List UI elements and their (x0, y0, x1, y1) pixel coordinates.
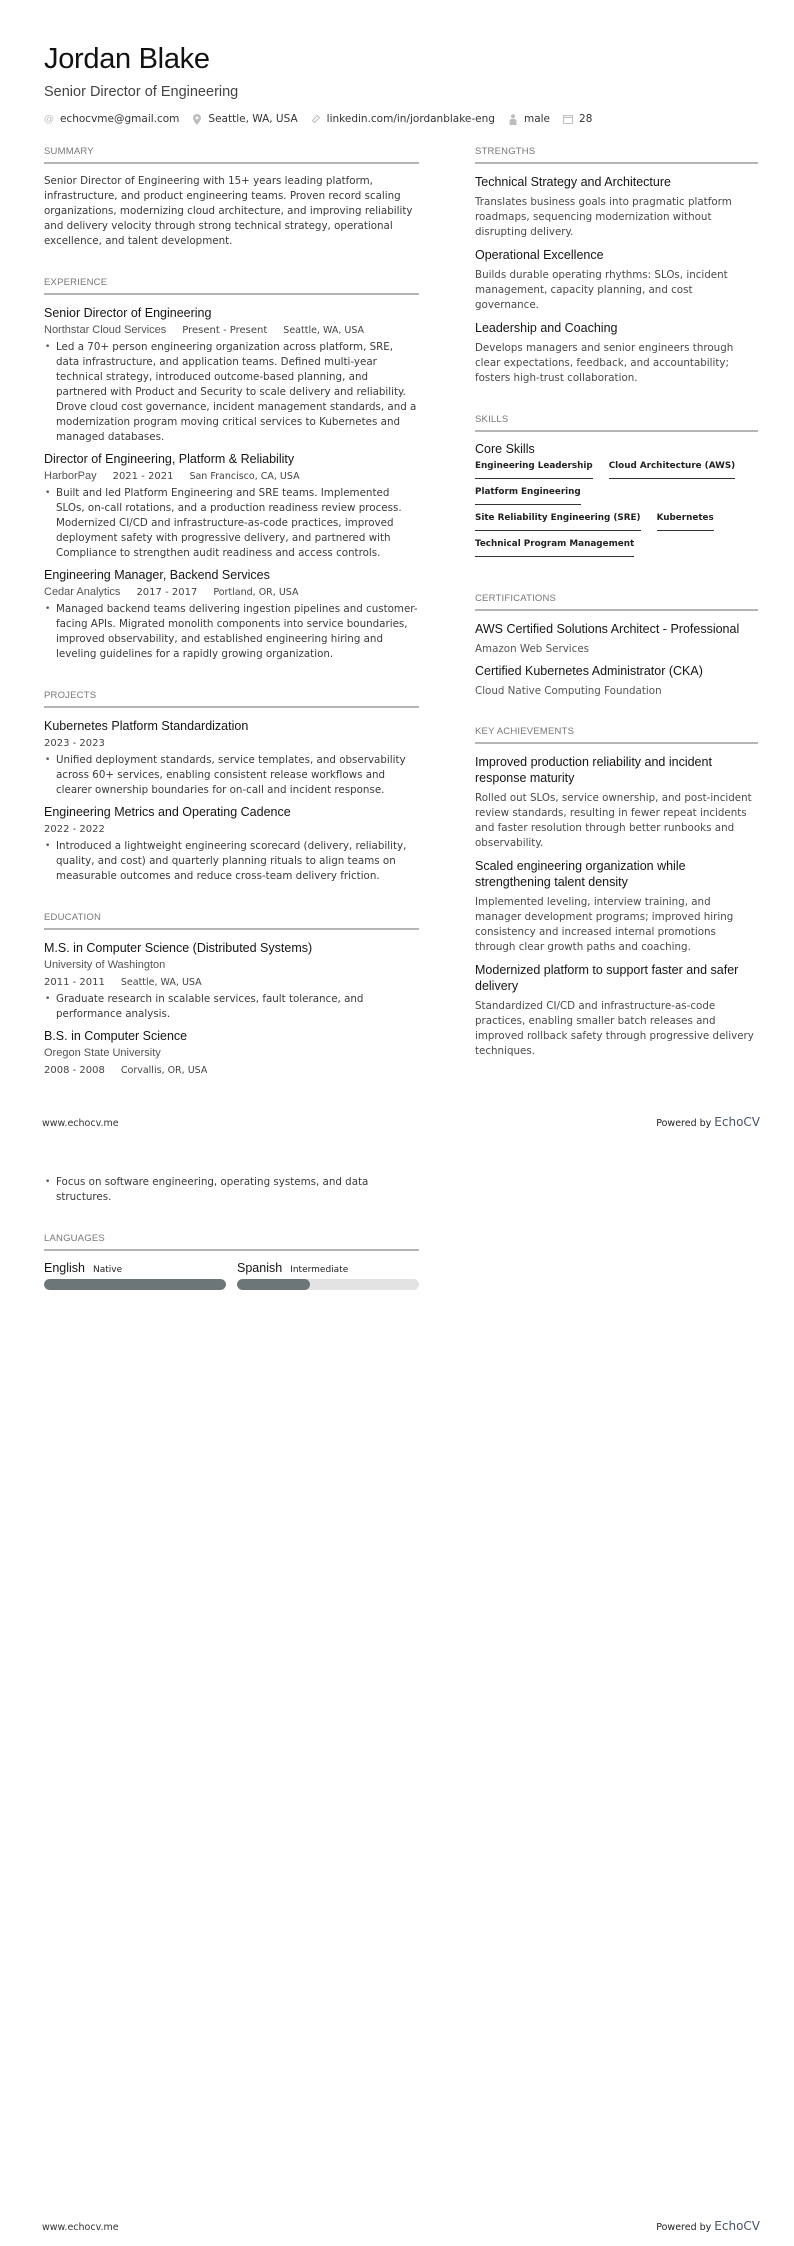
job-role: Engineering Manager, Backend Services (44, 567, 419, 583)
language-proficiency-fill (44, 1279, 226, 1290)
language-list: English Native Spanish Intermediate (44, 1261, 419, 1290)
powered-by-label: Powered by (656, 1118, 711, 1129)
strength-desc: Develops managers and senior engineers t… (475, 341, 758, 386)
summary-text: Senior Director of Engineering with 15+ … (44, 174, 419, 249)
education-section: Education M.S. in Computer Science (Dist… (44, 912, 419, 1078)
achievement-desc: Rolled out SLOs, service ownership, and … (475, 791, 758, 851)
experience-item: Engineering Manager, Backend Services Ce… (44, 567, 419, 662)
skills-section: Skills Core Skills Engineering Leadershi… (475, 414, 758, 565)
project-bullets: Unified deployment standards, service te… (44, 753, 419, 798)
job-dates: 2017 - 2017 (136, 585, 197, 600)
project-meta: 2023 - 2023 (44, 736, 419, 751)
education-bullet: Graduate research in scalable services, … (44, 992, 419, 1022)
right-column: Strengths Technical Strategy and Archite… (475, 146, 758, 1087)
skill-chip: Platform Engineering (475, 487, 581, 505)
achievement-desc: Implemented leveling, interview training… (475, 895, 758, 955)
language-header: Spanish Intermediate (237, 1261, 419, 1275)
skill-chip: Technical Program Management (475, 539, 634, 557)
link-icon (311, 114, 321, 124)
job-company: HarborPay (44, 469, 97, 484)
school-row: University of Washington (44, 958, 419, 973)
job-bullet: Managed backend teams delivering ingesti… (44, 602, 419, 662)
project-dates: 2023 - 2023 (44, 736, 105, 751)
job-meta: Cedar Analytics 2017 - 2017 Portland, OR… (44, 585, 419, 600)
section-heading: Projects (44, 690, 419, 708)
at-icon: @ (44, 114, 54, 125)
job-bullet: Built and led Platform Engineering and S… (44, 486, 419, 561)
education-item: M.S. in Computer Science (Distributed Sy… (44, 940, 419, 1022)
candidate-name: Jordan Blake (44, 42, 754, 76)
footer-website-link[interactable]: www.echocv.me (42, 1118, 119, 1129)
skill-chip: Engineering Leadership (475, 461, 593, 479)
job-company: Northstar Cloud Services (44, 323, 166, 338)
school-name: University of Washington (44, 958, 165, 973)
language-proficiency-bar (237, 1279, 419, 1290)
resume-header: Jordan Blake Senior Director of Engineer… (44, 42, 754, 125)
job-bullets: Managed backend teams delivering ingesti… (44, 602, 419, 662)
footer-powered-by[interactable]: Powered byEchoCV (656, 2219, 760, 2233)
contact-location: Seattle, WA, USA (192, 113, 297, 125)
education-location: Corvallis, OR, USA (121, 1063, 207, 1078)
powered-by-label: Powered by (656, 2222, 711, 2233)
language-proficiency-fill (237, 1279, 310, 1290)
section-heading: Education (44, 912, 419, 930)
job-dates: 2021 - 2021 (113, 469, 174, 484)
candidate-title: Senior Director of Engineering (44, 83, 754, 101)
section-heading: Summary (44, 146, 419, 164)
cert-title: AWS Certified Solutions Architect - Prof… (475, 621, 758, 637)
languages-section: Languages English Native Spanish Interme… (44, 1233, 419, 1290)
language-name: English (44, 1261, 85, 1275)
project-bullets: Introduced a lightweight engineering sco… (44, 839, 419, 884)
strengths-section: Strengths Technical Strategy and Archite… (475, 146, 758, 386)
skill-chip: Kubernetes (657, 513, 714, 531)
location-pin-icon (192, 114, 202, 125)
page-footer: www.echocv.me Powered byEchoCV (42, 1115, 760, 1129)
achievement-title: Improved production reliability and inci… (475, 754, 758, 786)
job-bullets: Built and led Platform Engineering and S… (44, 486, 419, 561)
section-heading: Strengths (475, 146, 758, 164)
section-heading: Languages (44, 1233, 419, 1251)
job-location: Seattle, WA, USA (283, 323, 364, 338)
job-location: Portland, OR, USA (213, 585, 298, 600)
education-location: Seattle, WA, USA (121, 975, 202, 990)
contact-email-value: echocvme@gmail.com (60, 113, 179, 125)
job-bullets: Led a 70+ person engineering organizatio… (44, 340, 419, 445)
education-dates: 2011 - 2011 (44, 975, 105, 990)
strength-desc: Translates business goals into pragmatic… (475, 195, 758, 240)
section-heading: Experience (44, 277, 419, 295)
project-meta: 2022 - 2022 (44, 822, 419, 837)
experience-section: Experience Senior Director of Engineerin… (44, 277, 419, 662)
project-bullet: Introduced a lightweight engineering sco… (44, 839, 419, 884)
job-bullet: Led a 70+ person engineering organizatio… (44, 340, 419, 445)
education-bullet: Focus on software engineering, operating… (44, 1175, 419, 1205)
job-company: Cedar Analytics (44, 585, 120, 600)
contact-gender: male (508, 113, 550, 125)
experience-item: Director of Engineering, Platform & Reli… (44, 451, 419, 561)
degree: M.S. in Computer Science (Distributed Sy… (44, 940, 419, 956)
education-meta: 2008 - 2008 Corvallis, OR, USA (44, 1063, 419, 1078)
cert-issuer: Cloud Native Computing Foundation (475, 684, 758, 698)
job-meta: HarborPay 2021 - 2021 San Francisco, CA,… (44, 469, 419, 484)
calendar-icon (563, 115, 573, 124)
strength-desc: Builds durable operating rhythms: SLOs, … (475, 268, 758, 313)
section-heading: Key Achievements (475, 726, 758, 744)
contact-location-value: Seattle, WA, USA (208, 113, 297, 125)
job-role: Senior Director of Engineering (44, 305, 419, 321)
language-level: Native (93, 1265, 122, 1275)
projects-section: Projects Kubernetes Platform Standardiza… (44, 690, 419, 884)
experience-item: Senior Director of Engineering Northstar… (44, 305, 419, 445)
language-item: Spanish Intermediate (237, 1261, 419, 1290)
section-heading: Skills (475, 414, 758, 432)
contact-age: 28 (563, 113, 592, 125)
footer-powered-by[interactable]: Powered byEchoCV (656, 1115, 760, 1129)
cert-title: Certified Kubernetes Administrator (CKA) (475, 663, 758, 679)
project-dates: 2022 - 2022 (44, 822, 105, 837)
contact-email[interactable]: @ echocvme@gmail.com (44, 113, 179, 125)
summary-section: Summary Senior Director of Engineering w… (44, 146, 419, 249)
language-proficiency-bar (44, 1279, 226, 1290)
contact-linkedin-value: linkedin.com/in/jordanblake-eng (327, 113, 495, 125)
certifications-section: Certifications AWS Certified Solutions A… (475, 593, 758, 698)
contact-linkedin[interactable]: linkedin.com/in/jordanblake-eng (311, 113, 495, 125)
project-bullet: Unified deployment standards, service te… (44, 753, 419, 798)
skill-chip: Site Reliability Engineering (SRE) (475, 513, 641, 531)
job-dates: Present - Present (182, 323, 267, 338)
strength-title: Operational Excellence (475, 247, 758, 263)
contact-row: @ echocvme@gmail.com Seattle, WA, USA li… (44, 113, 754, 125)
achievement-desc: Standardized CI/CD and infrastructure-as… (475, 999, 758, 1059)
skill-chip: Cloud Architecture (AWS) (609, 461, 736, 479)
project-name: Kubernetes Platform Standardization (44, 718, 419, 734)
education-bullets-continued: Focus on software engineering, operating… (44, 1175, 419, 1205)
contact-gender-value: male (524, 113, 550, 125)
contact-age-value: 28 (579, 113, 592, 125)
left-column: Summary Senior Director of Engineering w… (44, 146, 419, 1106)
language-level: Intermediate (290, 1265, 348, 1275)
job-role: Director of Engineering, Platform & Reli… (44, 451, 419, 467)
brand-logo: EchoCV (714, 2219, 760, 2233)
degree: B.S. in Computer Science (44, 1028, 419, 1044)
achievement-title: Scaled engineering organization while st… (475, 858, 758, 890)
brand-logo: EchoCV (714, 1115, 760, 1129)
resume-page-1: Jordan Blake Senior Director of Engineer… (0, 0, 794, 1150)
achievement-title: Modernized platform to support faster an… (475, 962, 758, 994)
project-item: Kubernetes Platform Standardization 2023… (44, 718, 419, 798)
education-bullets: Graduate research in scalable services, … (44, 992, 419, 1022)
achievements-section: Key Achievements Improved production rel… (475, 726, 758, 1059)
job-location: San Francisco, CA, USA (189, 469, 299, 484)
language-header: English Native (44, 1261, 226, 1275)
school-name: Oregon State University (44, 1046, 161, 1061)
school-row: Oregon State University (44, 1046, 419, 1061)
resume-page-2: Focus on software engineering, operating… (0, 1150, 794, 2246)
person-icon (508, 114, 518, 125)
skill-list: Engineering Leadership Cloud Architectur… (475, 461, 758, 565)
section-heading: Certifications (475, 593, 758, 611)
project-item: Engineering Metrics and Operating Cadenc… (44, 804, 419, 884)
left-column-continued: Focus on software engineering, operating… (44, 1173, 419, 1318)
skill-group-title: Core Skills (475, 442, 758, 456)
job-meta: Northstar Cloud Services Present - Prese… (44, 323, 419, 338)
education-meta: 2011 - 2011 Seattle, WA, USA (44, 975, 419, 990)
page-footer: www.echocv.me Powered byEchoCV (42, 2219, 760, 2233)
strength-title: Leadership and Coaching (475, 320, 758, 336)
language-name: Spanish (237, 1261, 282, 1275)
project-name: Engineering Metrics and Operating Cadenc… (44, 804, 419, 820)
footer-website-link[interactable]: www.echocv.me (42, 2222, 119, 2233)
education-dates: 2008 - 2008 (44, 1063, 105, 1078)
strength-title: Technical Strategy and Architecture (475, 174, 758, 190)
education-item: B.S. in Computer Science Oregon State Un… (44, 1028, 419, 1078)
cert-issuer: Amazon Web Services (475, 642, 758, 656)
language-item: English Native (44, 1261, 226, 1290)
